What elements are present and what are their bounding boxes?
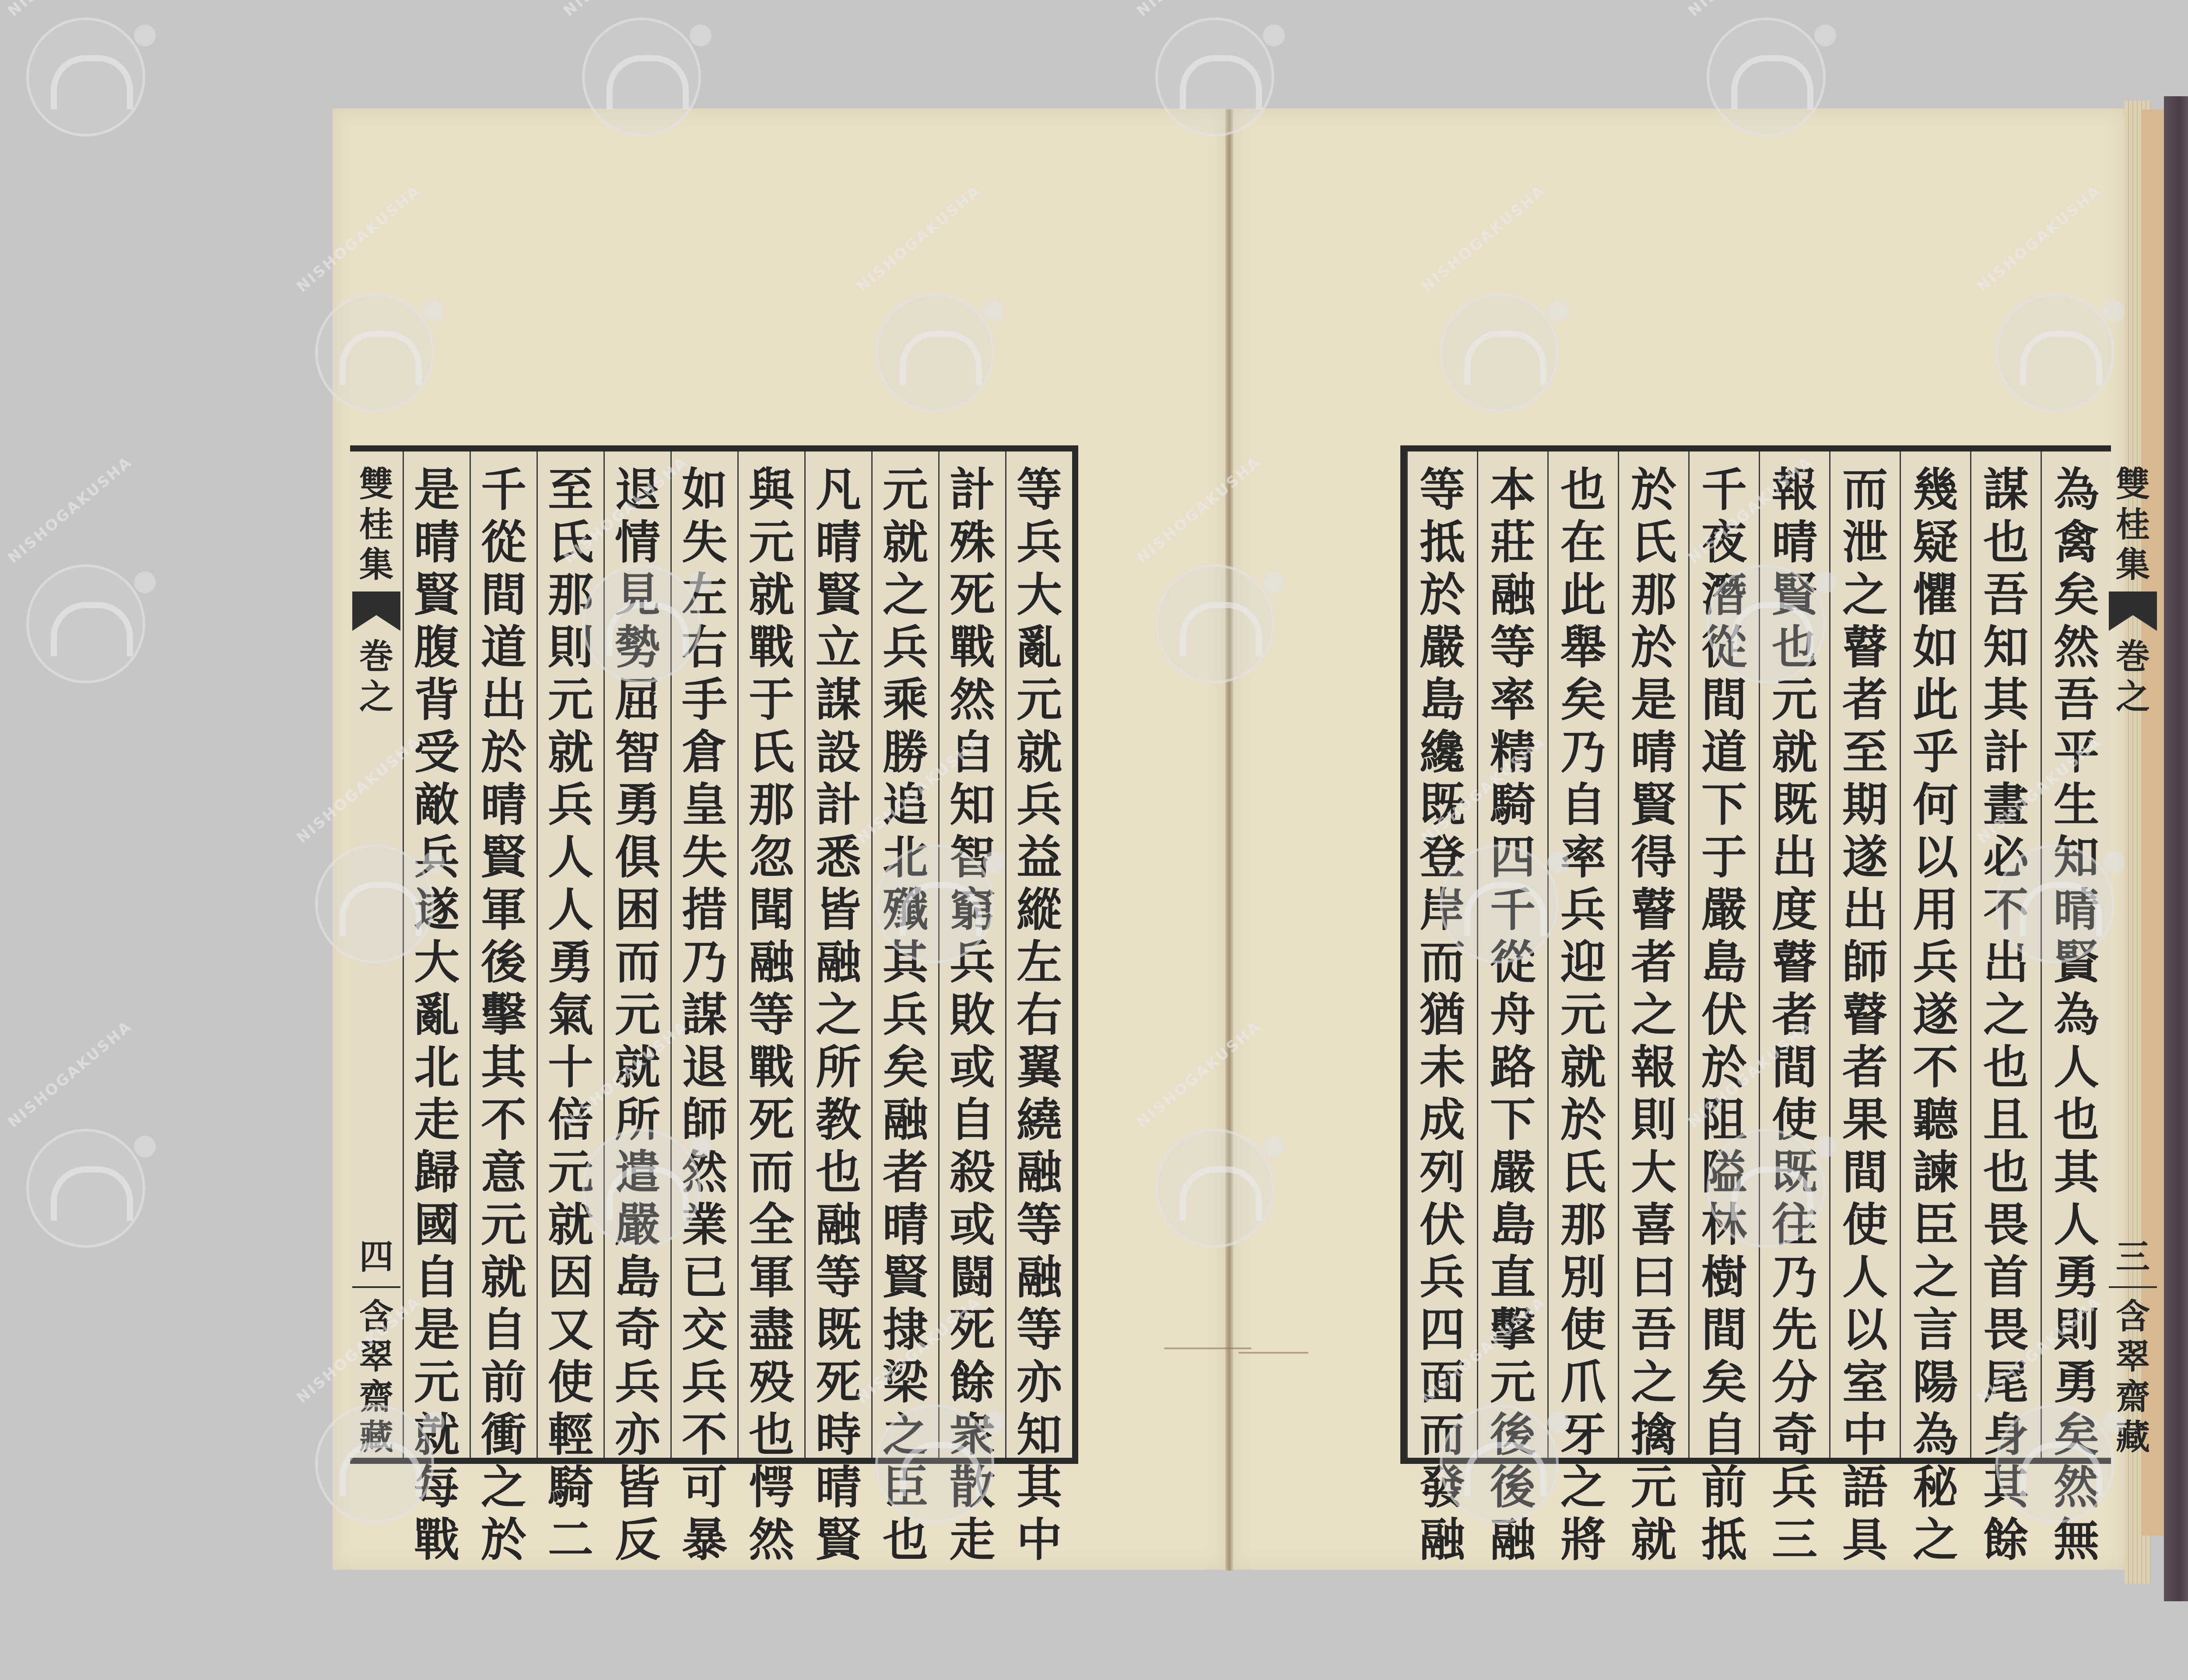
glyph: 人	[2050, 1041, 2103, 1094]
glyph: 桂	[350, 505, 403, 545]
glyph: 者	[1839, 1041, 1891, 1094]
glyph: 將	[1557, 1514, 1609, 1566]
glyph: 莊	[1487, 516, 1539, 569]
glyph: 嚴	[1698, 884, 1750, 936]
glyph: 兵	[1909, 936, 1962, 989]
glyph: 也	[1980, 516, 2032, 569]
glyph: 瞽	[1627, 884, 1680, 936]
glyph: 迎	[1557, 936, 1609, 989]
glyph: 後	[477, 936, 530, 989]
right-hanshin: 雙桂集 巻之 三 含翠齋藏	[2107, 451, 2159, 1458]
glyph: 之	[2107, 677, 2159, 717]
glyph: 兵	[879, 989, 932, 1041]
glyph: 敗	[946, 989, 999, 1041]
glyph: 人	[544, 831, 597, 884]
glyph: 之	[1980, 989, 2032, 1041]
glyph: 兵	[1013, 516, 1066, 569]
glyph: 元	[879, 464, 932, 516]
glyph: 既	[1768, 779, 1821, 831]
glyph: 度	[1768, 884, 1821, 936]
glyph: 自	[1557, 779, 1609, 831]
glyph: 果	[1839, 1094, 1891, 1146]
nishogakusha-logo-icon: NISHOGAKUSHA	[1707, 564, 1826, 683]
glyph: 就	[1557, 1041, 1609, 1094]
glyph: 是	[1627, 674, 1680, 726]
glyph: 反	[611, 1514, 664, 1566]
glyph: 騎	[544, 1461, 597, 1514]
glyph: 矣	[879, 1041, 932, 1094]
glyph: 融	[1416, 1514, 1469, 1566]
glyph: 大	[1013, 569, 1066, 621]
glyph: 泄	[1839, 516, 1891, 569]
glyph: 島	[611, 1251, 664, 1304]
glyph: 於	[1627, 464, 1680, 516]
glyph: 俱	[611, 831, 664, 884]
glyph: 暴	[678, 1514, 731, 1566]
text-column: 千從間道出於晴賢軍後擊其不意元就自前衝之於	[470, 451, 536, 1458]
glyph: 勇	[544, 936, 597, 989]
hanshin-divider	[2109, 1286, 2157, 1288]
hanshin-page-number: 四	[350, 1237, 403, 1277]
glyph: 且	[1980, 1094, 2032, 1146]
glyph: 倉	[678, 726, 731, 779]
glyph: 兵	[678, 1356, 731, 1409]
glyph: 乃	[1557, 726, 1609, 779]
glyph: 間	[477, 569, 530, 621]
glyph: 困	[611, 884, 664, 936]
nishogakusha-logo-icon: NISHOGAKUSHA	[1707, 17, 1826, 136]
glyph: 融	[745, 936, 798, 989]
glyph: 生	[2050, 779, 2103, 831]
glyph: 戰	[745, 1041, 798, 1094]
hanshin-divider	[352, 1286, 400, 1288]
glyph: 悉	[812, 831, 865, 884]
glyph: 含	[2107, 1297, 2159, 1337]
glyph: 元	[745, 516, 798, 569]
glyph: 也	[1980, 1041, 2032, 1094]
glyph: 勇	[611, 779, 664, 831]
glyph: 四	[1416, 1304, 1469, 1356]
glyph: 之	[1627, 1356, 1680, 1409]
glyph: 以	[1909, 831, 1962, 884]
glyph: 敵	[410, 779, 463, 831]
glyph: 人	[2050, 1199, 2103, 1251]
glyph: 在	[1557, 516, 1609, 569]
glyph: 兵	[879, 621, 932, 674]
glyph: 室	[1839, 1356, 1891, 1409]
glyph: 退	[678, 1041, 731, 1094]
fishtail-mark	[2109, 591, 2157, 631]
text-column: 等兵大亂元就兵益縱左右翼繞融等融等亦知其中	[1005, 451, 1072, 1458]
glyph: 疑	[1909, 516, 1962, 569]
glyph: 元	[1557, 989, 1609, 1041]
glyph: 之	[1557, 1461, 1609, 1514]
glyph: 此	[1557, 569, 1609, 621]
glyph: 其	[2050, 1146, 2103, 1199]
glyph: 也	[812, 1146, 865, 1199]
nishogakusha-logo-icon: NISHOGAKUSHA	[26, 564, 145, 683]
glyph: 間	[1839, 1146, 1891, 1199]
glyph: 瞽	[1768, 936, 1821, 989]
glyph: 使	[1839, 1199, 1891, 1251]
glyph: 死	[946, 569, 999, 621]
glyph: 全	[745, 1199, 798, 1251]
glyph: 元	[544, 674, 597, 726]
book-gutter	[1225, 109, 1233, 1571]
glyph: 兵	[1416, 1251, 1469, 1304]
hanshin-volume: 巻之	[2107, 637, 2159, 717]
nishogakusha-logo-icon: NISHOGAKUSHA	[1995, 844, 2114, 963]
glyph: 餘	[946, 1356, 999, 1409]
glyph: 軍	[477, 884, 530, 936]
glyph: 融	[879, 1094, 932, 1146]
glyph: 其	[477, 1041, 530, 1094]
glyph: 瞽	[1839, 989, 1891, 1041]
glyph: 之	[1909, 1251, 1962, 1304]
nishogakusha-logo-icon: NISHOGAKUSHA	[26, 17, 145, 136]
glyph: 賢	[410, 569, 463, 621]
glyph: 吾	[1980, 569, 2032, 621]
glyph: 元	[477, 1199, 530, 1251]
glyph: 於	[477, 726, 530, 779]
glyph: 知	[1013, 1409, 1066, 1461]
glyph: 因	[544, 1251, 597, 1304]
glyph: 於	[1416, 569, 1469, 621]
glyph: 間	[1698, 674, 1750, 726]
glyph: 氏	[1557, 1146, 1609, 1199]
glyph: 喜	[1627, 1199, 1680, 1251]
glyph: 可	[678, 1461, 731, 1514]
glyph: 自	[946, 1094, 999, 1146]
glyph: 不	[678, 1409, 731, 1461]
glyph: 直	[1487, 1251, 1539, 1304]
glyph: 而	[745, 1146, 798, 1199]
glyph: 戰	[410, 1514, 463, 1566]
glyph: 千	[477, 464, 530, 516]
glyph: 舟	[1487, 989, 1539, 1041]
glyph: 餘	[1980, 1514, 2032, 1566]
glyph: 等	[812, 1251, 865, 1304]
glyph: 瞽	[1839, 621, 1891, 674]
glyph: 兵	[1557, 884, 1609, 936]
glyph: 繞	[1013, 1094, 1066, 1146]
glyph: 皆	[812, 884, 865, 936]
glyph: 自	[477, 1304, 530, 1356]
glyph: 爪	[1557, 1356, 1609, 1409]
glyph: 懼	[1909, 569, 1962, 621]
glyph: 也	[1980, 1146, 2032, 1199]
nishogakusha-logo-icon: NISHOGAKUSHA	[1995, 1404, 2114, 1523]
glyph: 氏	[745, 726, 798, 779]
glyph: 知	[1980, 621, 2032, 674]
glyph: 愕	[745, 1461, 798, 1514]
fishtail-mark	[352, 591, 400, 631]
glyph: 等	[1013, 1304, 1066, 1356]
glyph: 勇	[2050, 1356, 2103, 1409]
glyph: 別	[1557, 1251, 1609, 1304]
glyph: 融	[1487, 569, 1539, 621]
nishogakusha-logo-icon: NISHOGAKUSHA	[1995, 293, 2114, 412]
glyph: 大	[1627, 1146, 1680, 1199]
glyph: 其	[1013, 1461, 1066, 1514]
glyph: 右	[1013, 989, 1066, 1041]
glyph: 衝	[477, 1409, 530, 1461]
glyph: 纔	[1416, 726, 1469, 779]
glyph: 亦	[1013, 1356, 1066, 1409]
glyph: 賢	[879, 1251, 932, 1304]
glyph: 首	[1980, 1251, 2032, 1304]
glyph: 雙	[2107, 465, 2159, 505]
glyph: 率	[1487, 674, 1539, 726]
glyph: 也	[745, 1409, 798, 1461]
glyph: 路	[1487, 1041, 1539, 1094]
glyph: 吾	[2050, 674, 2103, 726]
glyph: 左	[1013, 936, 1066, 989]
glyph: 那	[745, 779, 798, 831]
glyph: 者	[1627, 936, 1680, 989]
nishogakusha-logo-icon: NISHOGAKUSHA	[875, 1404, 994, 1523]
nishogakusha-logo-icon: NISHOGAKUSHA	[875, 293, 994, 412]
nishogakusha-logo-icon: NISHOGAKUSHA	[1155, 564, 1274, 683]
nishogakusha-logo-icon: NISHOGAKUSHA	[315, 844, 434, 963]
glyph: 輕	[544, 1409, 597, 1461]
glyph: 既	[812, 1304, 865, 1356]
nishogakusha-logo-icon: NISHOGAKUSHA	[1440, 844, 1559, 963]
glyph: 陽	[1909, 1356, 1962, 1409]
glyph: 是	[410, 1304, 463, 1356]
glyph: 皇	[678, 779, 731, 831]
glyph: 所	[812, 1041, 865, 1094]
glyph: 賢	[812, 1514, 865, 1566]
glyph: 島	[1698, 936, 1750, 989]
glyph: 者	[1839, 674, 1891, 726]
glyph: 晴	[812, 1461, 865, 1514]
glyph: 兵	[1013, 779, 1066, 831]
glyph: 期	[1839, 779, 1891, 831]
glyph: 就	[1013, 726, 1066, 779]
glyph: 秘	[1909, 1461, 1962, 1514]
text-column: 幾疑懼如此乎何以用兵遂不聽諫臣之言陽為秘之	[1900, 451, 1970, 1458]
glyph: 乎	[1909, 726, 1962, 779]
glyph: 兵	[544, 779, 597, 831]
glyph: 舉	[1557, 621, 1609, 674]
glyph: 伏	[1698, 989, 1750, 1041]
glyph: 賢	[477, 831, 530, 884]
glyph: 兵	[1768, 1461, 1821, 1514]
nishogakusha-logo-icon: NISHOGAKUSHA	[1707, 1129, 1826, 1248]
glyph: 者	[879, 1146, 932, 1199]
nishogakusha-logo-icon: NISHOGAKUSHA	[582, 1129, 701, 1248]
glyph: 就	[477, 1251, 530, 1304]
glyph: 縱	[1013, 884, 1066, 936]
glyph: 之	[1909, 1514, 1962, 1566]
glyph: 乃	[678, 936, 731, 989]
glyph: 翠	[2107, 1337, 2159, 1377]
glyph: 三	[1768, 1514, 1821, 1566]
glyph: 等	[1013, 464, 1066, 516]
glyph: 聞	[745, 884, 798, 936]
glyph: 走	[410, 1094, 463, 1146]
glyph: 四	[350, 1237, 403, 1277]
glyph: 而	[611, 936, 664, 989]
glyph: 本	[1487, 464, 1539, 516]
nishogakusha-logo-icon: NISHOGAKUSHA	[582, 564, 701, 683]
glyph: 得	[1627, 831, 1680, 884]
glyph: 之	[1627, 989, 1680, 1041]
glyph: 中	[1013, 1514, 1066, 1566]
glyph: 又	[544, 1304, 597, 1356]
glyph: 就	[745, 569, 798, 621]
glyph: 然	[745, 1514, 798, 1566]
glyph: 意	[477, 1146, 530, 1199]
glyph: 然	[2050, 621, 2103, 674]
glyph: 計	[946, 464, 999, 516]
glyph: 軍	[745, 1251, 798, 1304]
glyph: 賢	[812, 569, 865, 621]
glyph: 自	[410, 1251, 463, 1304]
glyph: 道	[1698, 726, 1750, 779]
glyph: 先	[1768, 1304, 1821, 1356]
glyph: 矣	[1698, 1356, 1750, 1409]
glyph: 曰	[1627, 1251, 1680, 1304]
glyph: 前	[1698, 1461, 1750, 1514]
glyph: 盡	[745, 1304, 798, 1356]
glyph: 未	[1416, 1041, 1469, 1094]
glyph: 畏	[1980, 1304, 2032, 1356]
glyph: 北	[410, 1041, 463, 1094]
nishogakusha-logo-icon: NISHOGAKUSHA	[315, 1404, 434, 1523]
glyph: 手	[678, 674, 731, 726]
glyph: 下	[1487, 1094, 1539, 1146]
glyph: 元	[1487, 1356, 1539, 1409]
glyph: 分	[1768, 1356, 1821, 1409]
nishogakusha-logo-icon: NISHOGAKUSHA	[1155, 17, 1274, 136]
nishogakusha-logo-icon: NISHOGAKUSHA	[582, 17, 701, 136]
glyph: 下	[1698, 779, 1750, 831]
glyph: 矣	[2050, 569, 2103, 621]
nishogakusha-logo-icon: NISHOGAKUSHA	[1155, 1129, 1274, 1248]
glyph: 於	[1557, 1094, 1609, 1146]
glyph: 聽	[1909, 1094, 1962, 1146]
glyph: 亦	[611, 1409, 664, 1461]
glyph: 從	[477, 516, 530, 569]
glyph: 遂	[1909, 989, 1962, 1041]
nishogakusha-logo-icon: NISHOGAKUSHA	[875, 844, 994, 963]
glyph: 乃	[1768, 1251, 1821, 1304]
glyph: 諫	[1909, 1146, 1962, 1199]
text-column: 等抵於嚴島纔既登岸而猶未成列伏兵四面而發融	[1406, 451, 1477, 1458]
glyph: 如	[678, 464, 731, 516]
glyph: 晴	[410, 516, 463, 569]
book-cover	[2164, 96, 2188, 1601]
text-column: 與元就戰于氏那忽聞融等戰死而全軍盡殁也愕然	[737, 451, 804, 1458]
glyph: 晴	[812, 516, 865, 569]
glyph: 殊	[946, 516, 999, 569]
glyph: 集	[2107, 545, 2159, 585]
glyph: 間	[1698, 1304, 1750, 1356]
glyph: 凡	[812, 464, 865, 516]
glyph: 失	[678, 516, 731, 569]
glyph: 也	[1557, 464, 1609, 516]
glyph: 受	[410, 726, 463, 779]
glyph: 氣	[544, 989, 597, 1041]
glyph: 元	[611, 989, 664, 1041]
glyph: 使	[1557, 1304, 1609, 1356]
glyph: 那	[1557, 1199, 1609, 1251]
glyph: 晴	[1627, 726, 1680, 779]
glyph: 擒	[1627, 1409, 1680, 1461]
hanshin-title: 雙桂集	[350, 465, 403, 585]
nishogakusha-logo-icon: NISHOGAKUSHA	[1440, 293, 1559, 412]
glyph: 使	[544, 1356, 597, 1409]
glyph: 就	[1627, 1514, 1680, 1566]
glyph: 之	[350, 677, 403, 717]
glyph: 乘	[879, 674, 932, 726]
glyph: 交	[678, 1304, 731, 1356]
glyph: 則	[1627, 1094, 1680, 1146]
glyph: 伏	[1416, 1199, 1469, 1251]
glyph: 是	[410, 464, 463, 516]
text-column: 也在此舉矣乃自率兵迎元就於氏那別使爪牙之將	[1547, 451, 1618, 1458]
glyph: 擊	[477, 989, 530, 1041]
glyph: 出	[477, 674, 530, 726]
glyph: 前	[477, 1356, 530, 1409]
glyph: 元	[1627, 1461, 1680, 1514]
paper-stain	[1238, 1352, 1308, 1354]
glyph: 知	[946, 779, 999, 831]
glyph: 計	[1980, 726, 2032, 779]
glyph: 皆	[611, 1461, 664, 1514]
glyph: 言	[1909, 1304, 1962, 1356]
glyph: 集	[350, 545, 403, 585]
glyph: 與	[745, 464, 798, 516]
glyph: 為	[2050, 989, 2103, 1041]
glyph: 勝	[879, 726, 932, 779]
glyph: 師	[1839, 936, 1891, 989]
glyph: 措	[678, 884, 731, 936]
glyph: 于	[1698, 831, 1750, 884]
hanshin-page-number: 三	[2107, 1237, 2159, 1277]
glyph: 猶	[1416, 989, 1469, 1041]
glyph: 或	[946, 1199, 999, 1251]
glyph: 不	[477, 1094, 530, 1146]
glyph: 已	[678, 1251, 731, 1304]
glyph: 至	[1839, 726, 1891, 779]
glyph: 益	[1013, 831, 1066, 884]
glyph: 嚴	[1487, 1146, 1539, 1199]
glyph: 畏	[1980, 1199, 2032, 1251]
glyph: 謀	[1980, 464, 2032, 516]
glyph: 抵	[1416, 516, 1469, 569]
glyph: 元	[410, 1356, 463, 1409]
glyph: 成	[1416, 1094, 1469, 1146]
glyph: 之	[812, 989, 865, 1041]
glyph: 具	[1839, 1514, 1891, 1566]
glyph: 樹	[1698, 1251, 1750, 1304]
glyph: 時	[812, 1409, 865, 1461]
glyph: 就	[879, 516, 932, 569]
text-column: 而泄之瞽者至期遂出師瞽者果間使人以室中語具	[1829, 451, 1900, 1458]
glyph: 島	[1487, 1199, 1539, 1251]
glyph: 出	[1768, 831, 1821, 884]
glyph: 謀	[812, 674, 865, 726]
glyph: 中	[1839, 1409, 1891, 1461]
glyph: 融	[1013, 1146, 1066, 1199]
glyph: 于	[745, 674, 798, 726]
glyph: 雙	[350, 465, 403, 505]
hanshin-volume: 巻之	[350, 637, 403, 717]
glyph: 腹	[410, 621, 463, 674]
